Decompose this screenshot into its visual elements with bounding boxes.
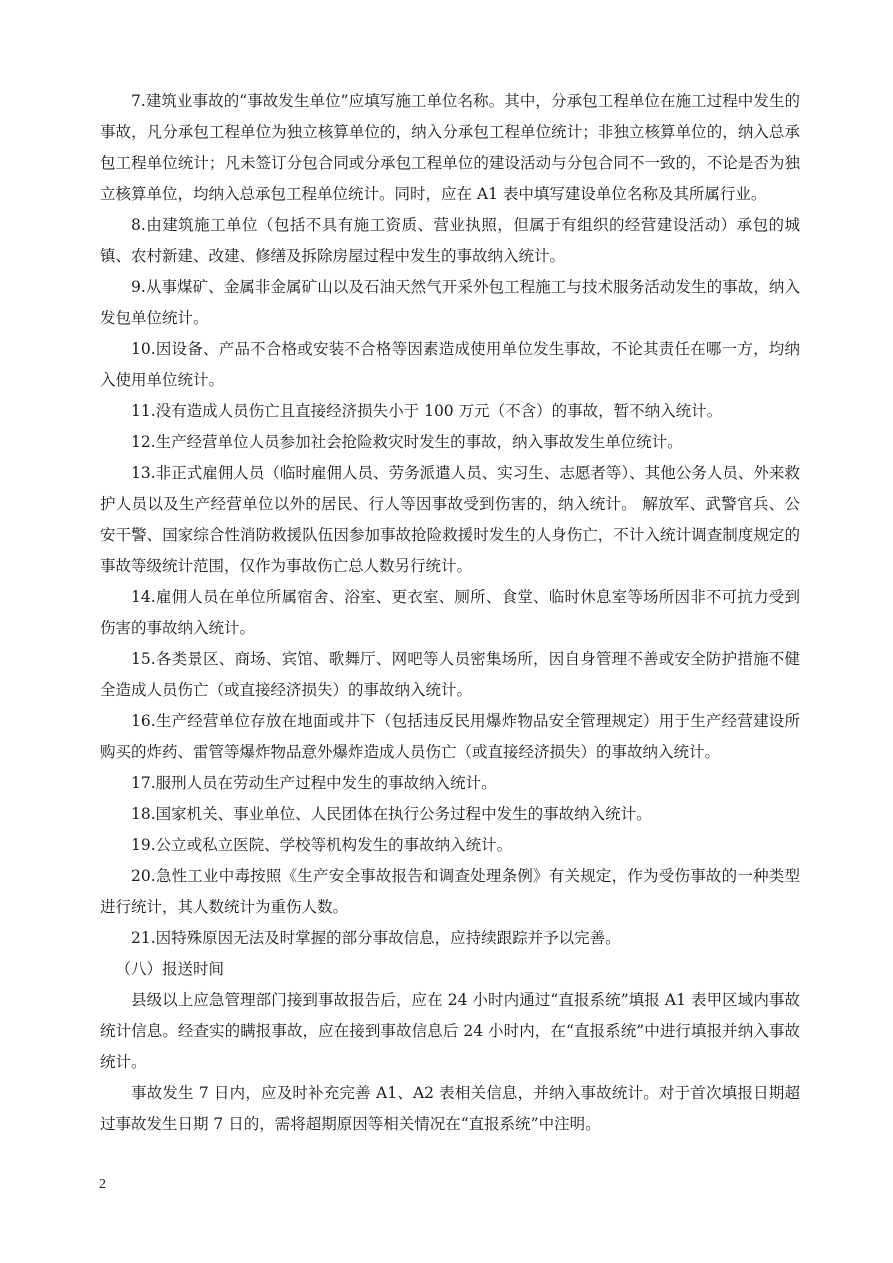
paragraph-item-7: 7.建筑业事故的“事故发生单位”应填写施工单位名称。其中，分承包工程单位在施工过… — [100, 86, 800, 210]
paragraph-item-11: 11.没有造成人员伤亡且直接经济损失小于 100 万元（不含）的事故，暂不纳入统… — [100, 396, 800, 427]
paragraph-item-16: 16.生产经营单位存放在地面或井下（包括违反民用爆炸物品安全管理规定）用于生产经… — [100, 706, 800, 768]
document-page: 7.建筑业事故的“事故发生单位”应填写施工单位名称。其中，分承包工程单位在施工过… — [100, 86, 800, 1140]
section-paragraph-supplement: 事故发生 7 日内，应及时补充完善 A1、A2 表相关信息，并纳入事故统计。对于… — [100, 1078, 800, 1140]
paragraph-item-19: 19.公立或私立医院、学校等机构发生的事故纳入统计。 — [100, 830, 800, 861]
paragraph-item-15: 15.各类景区、商场、宾馆、歌舞厅、网吧等人员密集场所，因自身管理不善或安全防护… — [100, 644, 800, 706]
paragraph-item-20: 20.急性工业中毒按照《生产安全事故报告和调查处理条例》有关规定，作为受伤事故的… — [100, 861, 800, 923]
paragraph-item-10: 10.因设备、产品不合格或安装不合格等因素造成使用单位发生事故，不论其责任在哪一… — [100, 334, 800, 396]
paragraph-item-14: 14.雇佣人员在单位所属宿舍、浴室、更衣室、厕所、食堂、临时休息室等场所因非不可… — [100, 582, 800, 644]
paragraph-item-18: 18.国家机关、事业单位、人民团体在执行公务过程中发生的事故纳入统计。 — [100, 799, 800, 830]
section-paragraph-reporting: 县级以上应急管理部门接到事故报告后，应在 24 小时内通过“直报系统”填报 A1… — [100, 985, 800, 1078]
section-heading: （八）报送时间 — [100, 954, 800, 985]
paragraph-item-8: 8.由建筑施工单位（包括不具有施工资质、营业执照，但属于有组织的经营建设活动）承… — [100, 210, 800, 272]
paragraph-item-17: 17.服刑人员在劳动生产过程中发生的事故纳入统计。 — [100, 768, 800, 799]
page-number: 2 — [99, 1177, 106, 1193]
paragraph-item-9: 9.从事煤矿、金属非金属矿山以及石油天然气开采外包工程施工与技术服务活动发生的事… — [100, 272, 800, 334]
paragraph-item-21: 21.因特殊原因无法及时掌握的部分事故信息，应持续跟踪并予以完善。 — [100, 923, 800, 954]
paragraph-item-13: 13.非正式雇佣人员（临时雇佣人员、劳务派遣人员、实习生、志愿者等）、其他公务人… — [100, 458, 800, 582]
paragraph-item-12: 12.生产经营单位人员参加社会抢险救灾时发生的事故，纳入事故发生单位统计。 — [100, 427, 800, 458]
